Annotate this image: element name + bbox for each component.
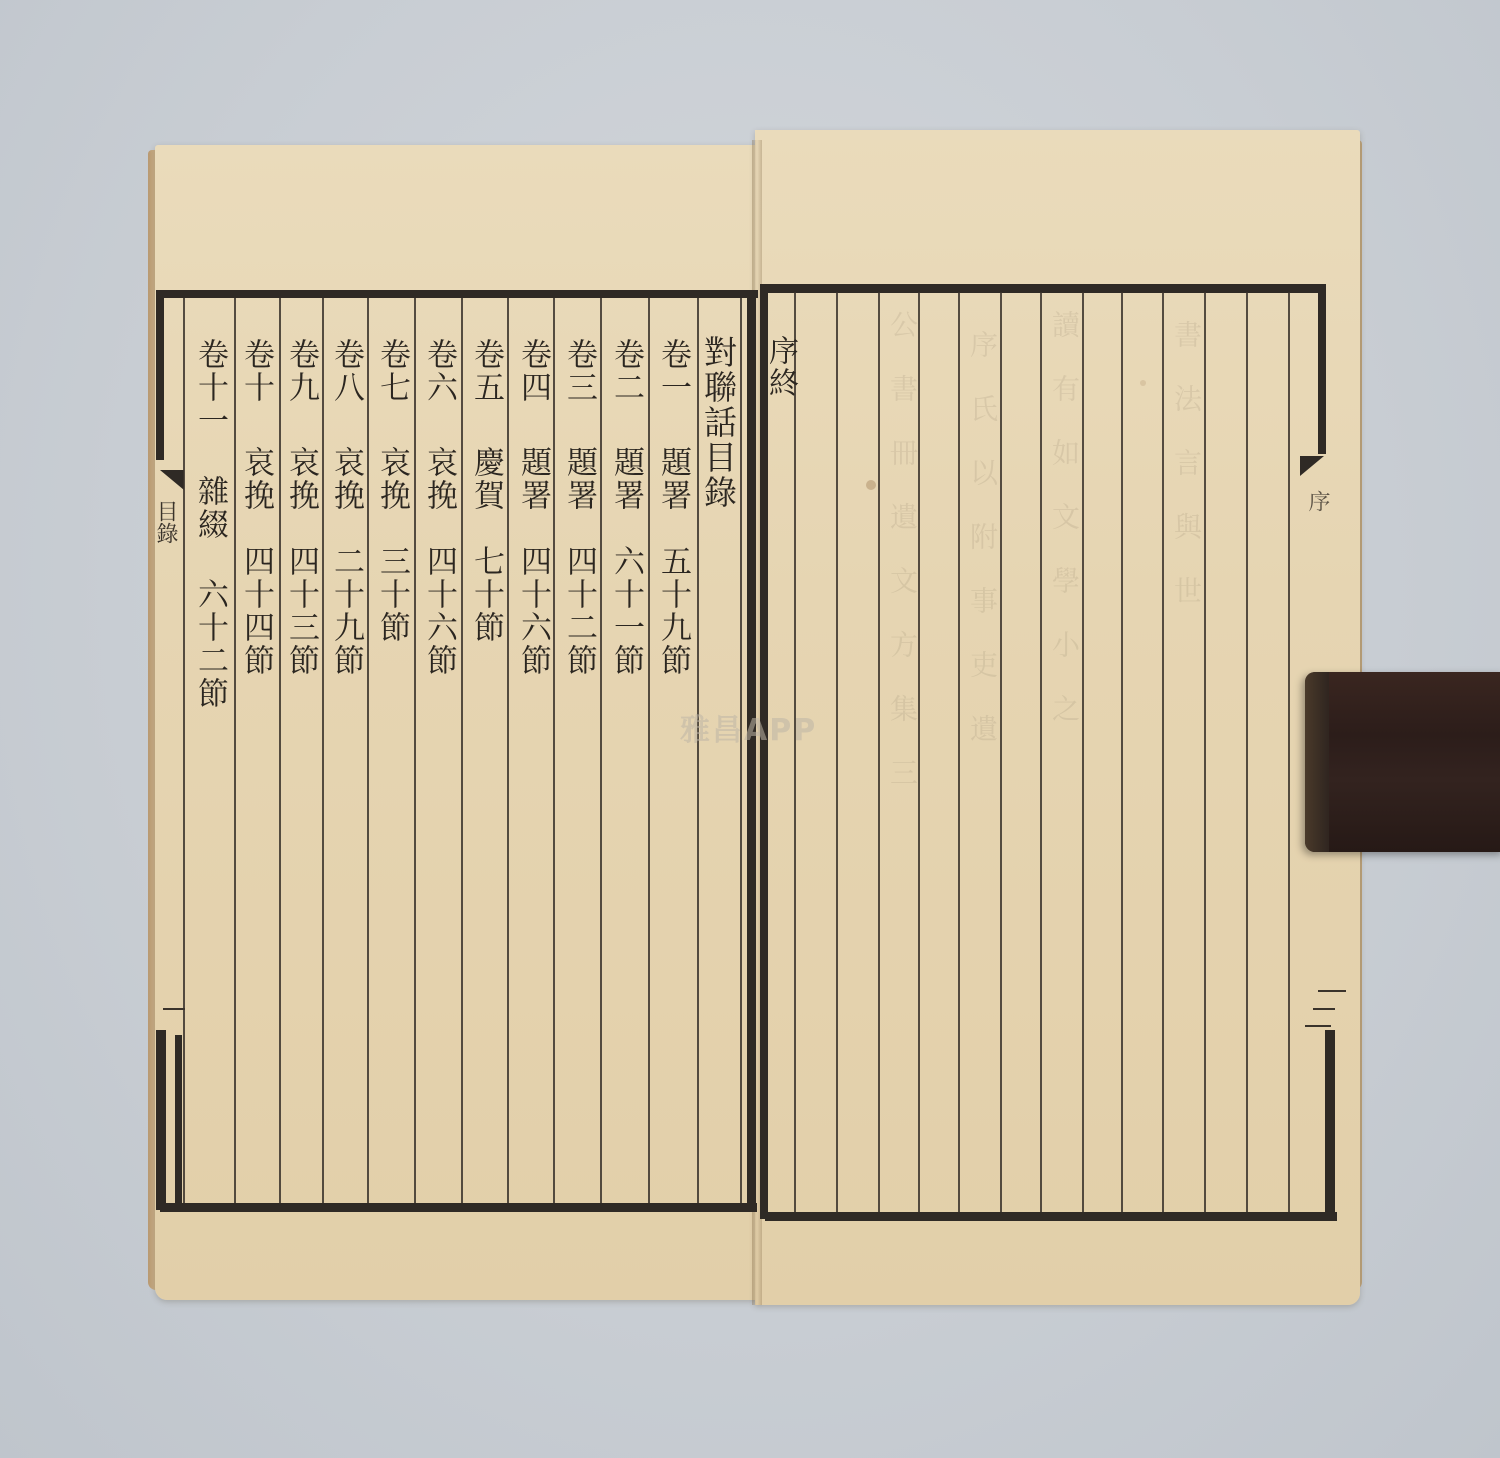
column-rule xyxy=(367,298,369,1203)
section-count: 五十九節 xyxy=(657,545,688,677)
volume-label: 卷一 xyxy=(657,338,688,404)
volume-label: 卷七 xyxy=(376,338,407,404)
section-count: 三十節 xyxy=(376,545,407,644)
volume-label: 卷四 xyxy=(517,338,548,404)
volume-label: 卷三 xyxy=(563,338,594,404)
watermark: 雅昌APP xyxy=(680,705,817,749)
preface-end-mark: 序終 xyxy=(765,335,795,399)
bleed-through-text: 序 氏 以 附 事 吏 遺 xyxy=(962,330,1002,1190)
right-margin-tick xyxy=(1318,990,1346,992)
column-rule xyxy=(234,298,236,1203)
column-rule xyxy=(183,298,185,1203)
category-label: 哀挽 xyxy=(240,446,271,512)
column-rule xyxy=(958,292,960,1212)
paperweight-end-face xyxy=(1305,672,1329,852)
section-count: 四十四節 xyxy=(240,545,271,677)
section-count: 四十二節 xyxy=(563,545,594,677)
left-margin-tick xyxy=(163,1008,185,1010)
column-rule xyxy=(740,298,742,1203)
left-frame-top xyxy=(158,290,758,298)
category-label: 雜綴 xyxy=(194,475,225,541)
right-fishtail-mark xyxy=(1300,456,1324,476)
left-margin-label: 目錄 xyxy=(150,500,181,544)
left-page xyxy=(155,145,760,1300)
column-rule xyxy=(1121,292,1123,1212)
right-frame-side-top xyxy=(1318,284,1326,454)
left-frame-side-bottom xyxy=(156,1030,166,1210)
volume-label: 卷十 xyxy=(240,338,271,404)
column-rule xyxy=(648,298,650,1203)
left-frame-bottom xyxy=(160,1203,757,1212)
right-frame-top xyxy=(760,284,1325,293)
left-frame-side-top xyxy=(156,290,164,460)
section-count: 七十節 xyxy=(470,545,501,644)
category-label: 哀挽 xyxy=(376,446,407,512)
volume-label: 卷二 xyxy=(610,338,641,404)
right-frame-side-bottom xyxy=(1325,1030,1335,1220)
column-rule xyxy=(322,298,324,1203)
right-margin-tick xyxy=(1313,1008,1335,1010)
category-label: 題署 xyxy=(517,446,548,512)
toc-title: 對聯話目錄 xyxy=(702,335,735,510)
column-rule xyxy=(279,298,281,1203)
right-frame-inner xyxy=(760,284,768,1219)
category-label: 哀挽 xyxy=(330,446,361,512)
category-label: 哀挽 xyxy=(285,446,316,512)
volume-label: 卷六 xyxy=(423,338,454,404)
right-frame-bottom xyxy=(765,1212,1337,1221)
paper-stain xyxy=(866,480,876,490)
section-count: 二十九節 xyxy=(330,545,361,677)
volume-label: 卷八 xyxy=(330,338,361,404)
left-fishtail-mark xyxy=(160,470,184,490)
bleed-through-text: 書 法 言 與 世 xyxy=(1166,320,1206,1180)
section-count: 六十一節 xyxy=(610,545,641,677)
bleed-through-text: 讀 有 如 文 學 小 之 xyxy=(1044,310,1084,1170)
category-label: 題署 xyxy=(563,446,594,512)
bleed-through-text: 公 書 冊 遺 文 方 集 三 xyxy=(882,310,922,1190)
column-rule xyxy=(507,298,509,1203)
section-count: 四十三節 xyxy=(285,545,316,677)
column-rule xyxy=(878,292,880,1212)
column-rule xyxy=(461,298,463,1203)
section-count: 四十六節 xyxy=(517,545,548,677)
column-rule xyxy=(553,298,555,1203)
column-rule xyxy=(794,292,796,1212)
section-count: 六十二節 xyxy=(194,578,225,710)
right-margin-label: 序 xyxy=(1302,490,1333,512)
column-rule xyxy=(1162,292,1164,1212)
wooden-paperweight xyxy=(1305,672,1500,852)
column-rule xyxy=(1246,292,1248,1212)
right-margin-tick xyxy=(1305,1025,1331,1027)
section-count: 四十六節 xyxy=(423,545,454,677)
paper-stain xyxy=(1140,380,1146,386)
category-label: 題署 xyxy=(610,446,641,512)
column-rule xyxy=(414,298,416,1203)
category-label: 題署 xyxy=(657,446,688,512)
left-frame-inner xyxy=(747,290,756,1210)
column-rule xyxy=(836,292,838,1212)
category-label: 慶賀 xyxy=(470,446,501,512)
column-rule xyxy=(1288,292,1290,1212)
volume-label: 卷九 xyxy=(285,338,316,404)
volume-label: 卷五 xyxy=(470,338,501,404)
column-rule xyxy=(600,298,602,1203)
left-frame-inner-bottom xyxy=(175,1035,182,1205)
volume-label: 卷十一 xyxy=(194,338,225,437)
column-rule xyxy=(1040,292,1042,1212)
category-label: 哀挽 xyxy=(423,446,454,512)
